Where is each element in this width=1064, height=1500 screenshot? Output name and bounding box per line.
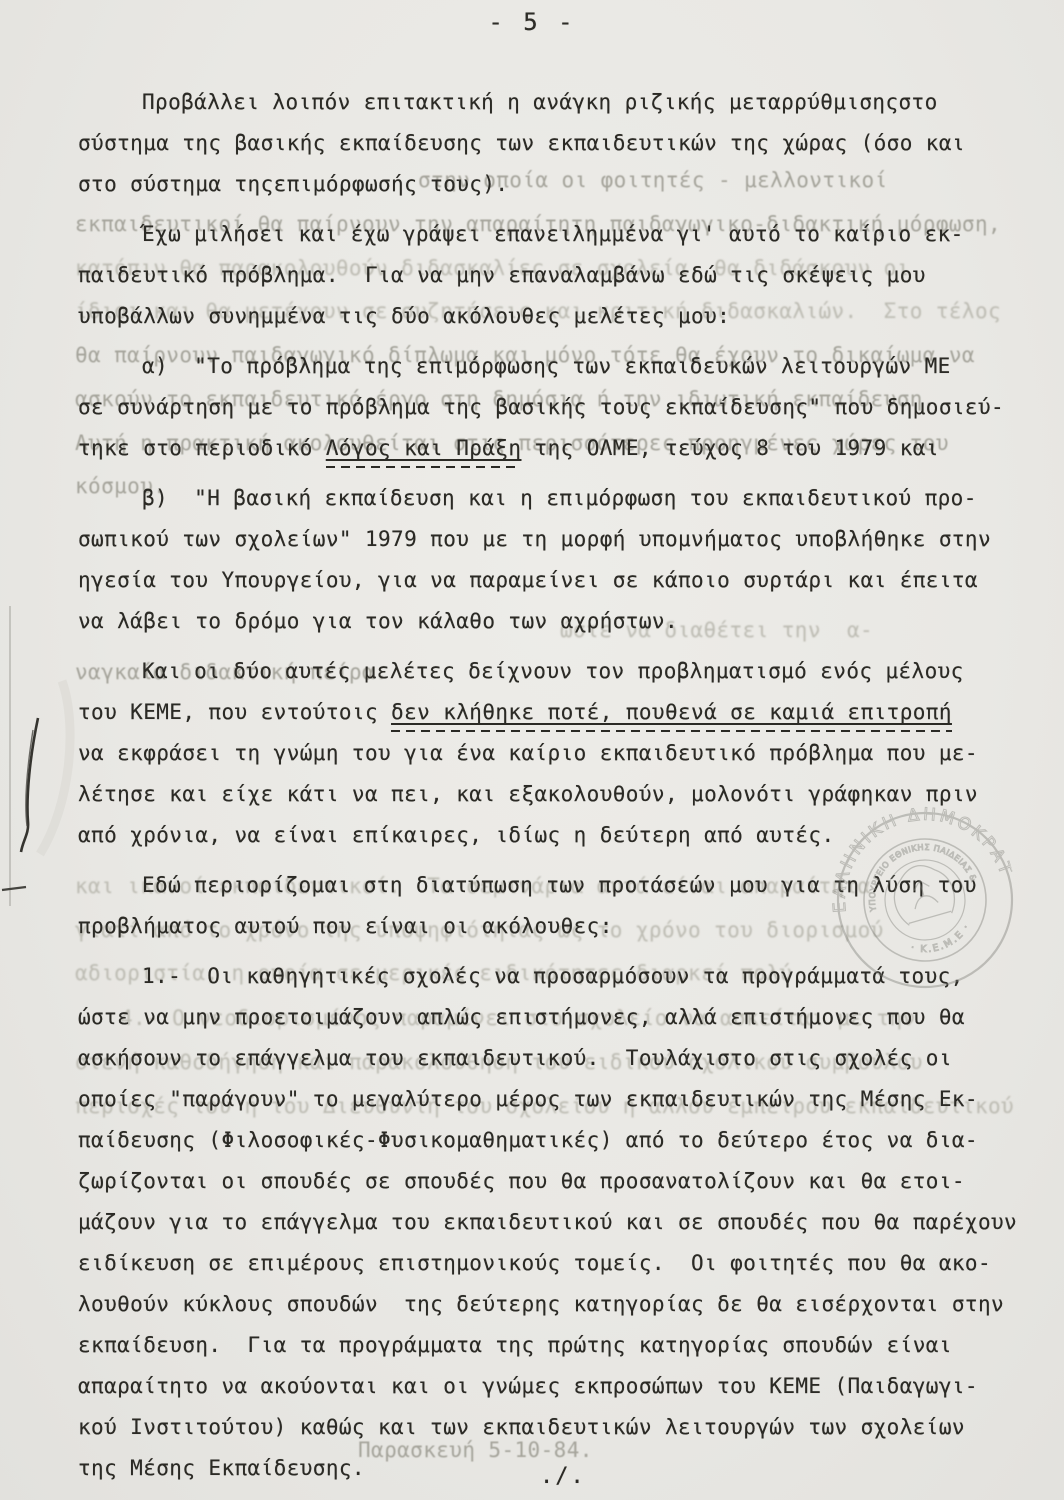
text-line: Και οι δύο αυτές μελέτες δείχνουν τον πρ…	[78, 651, 1030, 692]
text-line: ασκήσουν το επάγγελμα του εκπαιδευτικού.…	[78, 1038, 1030, 1079]
text-span: από χρόνια, να είναι επίκαιρες, ιδίως η …	[78, 823, 835, 847]
paragraph: β) "Η βασική εκπαίδευση και η επιμόρφωση…	[78, 478, 1030, 642]
text-span: Και οι δύο αυτές μελέτες δείχνουν τον πρ…	[142, 659, 964, 683]
text-span: λουθούν κύκλους σπουδών της δεύτερης κατ…	[78, 1292, 1004, 1316]
text-line: λέτησε και είχε κάτι να πει, και εξακολο…	[78, 774, 1030, 815]
text-span: απαραίτητο να ακούονται και οι γνώμες εκ…	[78, 1374, 978, 1398]
text-line: Έχω μιλήσει και έχω γράψει επανειλημμένα…	[78, 214, 1030, 255]
text-line: τηκε στο περιοδικό Λόγος και Πράξη της Ο…	[78, 428, 1030, 469]
text-span: προβλήματος αυτού που είναι οι ακόλουθες…	[78, 914, 613, 938]
text-span: εκπαίδευση. Για τα προγράμματα της πρώτη…	[78, 1333, 952, 1357]
underlined-text: Λόγος και Πράξη	[326, 436, 522, 468]
text-span: της ΟΛΜΕ, τεύχος 8 του 1979 και	[521, 436, 938, 460]
text-line: παίδευσης (Φιλοσοφικές-Φυσικομαθηματικές…	[78, 1120, 1030, 1161]
text-line: κού Ινστιτούτου) καθώς και των εκπαιδευτ…	[78, 1407, 1030, 1448]
text-span: ηγεσία του Υπουργείου, για να παραμείνει…	[78, 568, 978, 592]
text-line: ζωρίζονται οι σπουδές σε σπουδές που θα …	[78, 1161, 1030, 1202]
text-line: Προβάλλει λοιπόν επιτακτική η ανάγκη ριζ…	[78, 82, 1030, 123]
text-line: του ΚΕΜΕ, που εντούτοις δεν κλήθηκε ποτέ…	[78, 692, 1030, 733]
margin-marks	[0, 596, 130, 926]
paragraph: Έχω μιλήσει και έχω γράψει επανειλημμένα…	[78, 214, 1030, 337]
text-span: ασκήσουν το επάγγελμα του εκπαιδευτικού.…	[78, 1046, 952, 1070]
text-span: οποίες "παράγουν" το μεγαλύτερο μέρος τω…	[78, 1087, 978, 1111]
text-span: λέτησε και είχε κάτι να πει, και εξακολο…	[78, 782, 978, 806]
scanned-page: στην οποία οι φοιτητές - μελλοντικοίεκπα…	[0, 0, 1064, 1500]
text-line: α) "Το πρόβλημα της επιμόρφωσης των εκπα…	[78, 346, 1030, 387]
phoenix-emblem-icon	[887, 858, 960, 927]
text-span: α) "Το πρόβλημα της επιμόρφωσης των εκπα…	[142, 354, 951, 378]
text-span: β) "Η βασική εκπαίδευση και η επιμόρφωση…	[142, 486, 977, 510]
paragraph: α) "Το πρόβλημα της επιμόρφωσης των εκπα…	[78, 346, 1030, 469]
paragraph: 1.- Οι καθηγητικές σχολές να προσαρμόσου…	[78, 956, 1030, 1489]
text-span: παιδευτικό πρόβλημα. Για να μην επαναλαμ…	[78, 263, 926, 287]
pen-mark	[21, 718, 38, 852]
text-line: ηγεσία του Υπουργείου, για να παραμείνει…	[78, 560, 1030, 601]
text-span: σωπικού των σχολείων" 1979 που με τη μορ…	[78, 527, 991, 551]
text-line: οποίες "παράγουν" το μεγαλύτερο μέρος τω…	[78, 1079, 1030, 1120]
underlined-text: δεν κλήθηκε ποτέ, πουθενά σε καμιά επιτρ…	[391, 700, 952, 732]
text-line: εκπαίδευση. Για τα προγράμματα της πρώτη…	[78, 1325, 1030, 1366]
text-span: Έχω μιλήσει και έχω γράψει επανειλημμένα…	[142, 222, 964, 246]
text-span: να λάβει το δρόμο για τον κάλαθο των αχρ…	[78, 609, 678, 633]
text-line: να εκφράσει τη γνώμη του για ένα καίριο …	[78, 733, 1030, 774]
text-span: σύστημα της βασικής εκπαίδευσης των εκπα…	[78, 131, 965, 155]
text-line: σε συνάρτηση με το πρόβλημα της βασικής …	[78, 387, 1030, 428]
text-line: ειδίκευση σε επιμέρους επιστημονικούς το…	[78, 1243, 1030, 1284]
text-line: μάζουν για το επάγγελμα του εκπαιδευτικο…	[78, 1202, 1030, 1243]
text-line: απαραίτητο να ακούονται και οι γνώμες εκ…	[78, 1366, 1030, 1407]
paragraph: Προβάλλει λοιπόν επιτακτική η ανάγκη ριζ…	[78, 82, 1030, 205]
text-span: υποβάλλων συνημμένα τις δύο ακόλουθες με…	[78, 304, 730, 328]
text-span: μάζουν για το επάγγελμα του εκπαιδευτικο…	[78, 1210, 1017, 1234]
edge-dash-mark	[2, 887, 26, 890]
text-line: σωπικού των σχολείων" 1979 που με τη μορ…	[78, 519, 1030, 560]
text-line: β) "Η βασική εκπαίδευση και η επιμόρφωση…	[78, 478, 1030, 519]
text-span: 1.- Οι καθηγητικές σχολές να προσαρμόσου…	[142, 964, 964, 988]
text-line: παιδευτικό πρόβλημα. Για να μην επαναλαμ…	[78, 255, 1030, 296]
text-span: ζωρίζονται οι σπουδές σε σπουδές που θα …	[78, 1169, 965, 1193]
text-span: στο σύστημα τηςεπιμόρφωσής τους).	[78, 172, 508, 196]
text-span: της Μέσης Εκπαίδευσης.	[78, 1456, 365, 1480]
text-span: Προβάλλει λοιπόν επιτακτική η ανάγκη ριζ…	[142, 90, 938, 114]
text-span: ειδίκευση σε επιμέρους επιστημονικούς το…	[78, 1251, 991, 1275]
continuation-mark: ./.	[540, 1464, 586, 1489]
document-body: Προβάλλει λοιπόν επιτακτική η ανάγκη ριζ…	[78, 82, 1030, 1489]
text-line: σύστημα της βασικής εκπαίδευσης των εκπα…	[78, 123, 1030, 164]
text-span: ώστε να μην προετοιμάζουν απλώς επιστήμο…	[78, 1005, 965, 1029]
text-line: να λάβει το δρόμο για τον κάλαθο των αχρ…	[78, 601, 1030, 642]
text-span: κού Ινστιτούτου) καθώς και των εκπαιδευτ…	[78, 1415, 965, 1439]
stamp-keme-text: · Κ.Ε.Μ.Ε ·	[905, 919, 977, 961]
text-line: στο σύστημα τηςεπιμόρφωσής τους).	[78, 164, 1030, 205]
text-span: παίδευσης (Φιλοσοφικές-Φυσικομαθηματικές…	[78, 1128, 978, 1152]
text-span: τηκε στο περιοδικό	[78, 436, 326, 460]
text-line: λουθούν κύκλους σπουδών της δεύτερης κατ…	[78, 1284, 1030, 1325]
text-line: υποβάλλων συνημμένα τις δύο ακόλουθες με…	[78, 296, 1030, 337]
page-number: - 5 -	[0, 8, 1064, 36]
fold-shadow	[40, 681, 70, 854]
text-span: να εκφράσει τη γνώμη του για ένα καίριο …	[78, 741, 978, 765]
text-span: σε συνάρτηση με το πρόβλημα της βασικής …	[78, 395, 1004, 419]
